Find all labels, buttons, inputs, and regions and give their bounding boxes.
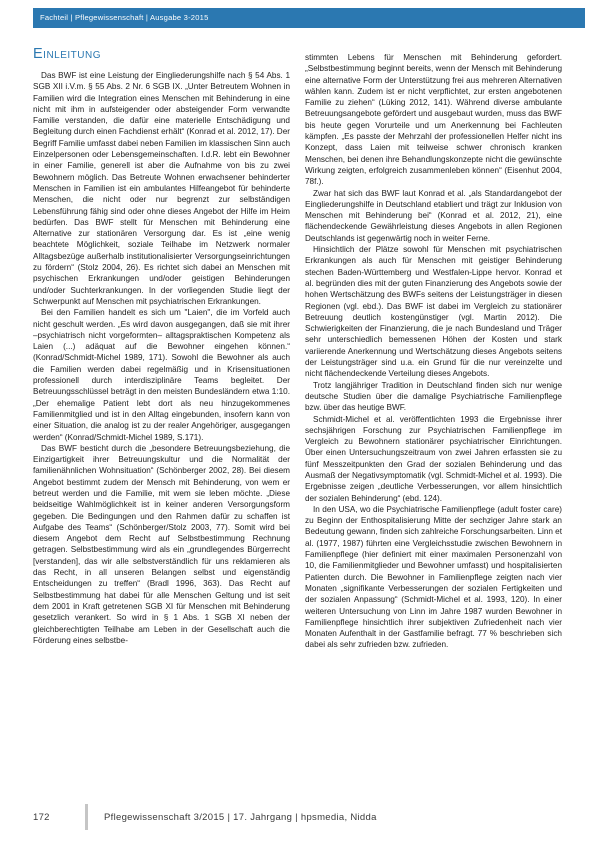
paragraph-self-determination: Das BWF besticht durch die „besondere Be…	[33, 443, 290, 646]
page-number: 172	[33, 812, 85, 823]
article-body: Einleitung Das BWF ist eine Leistung der…	[33, 46, 562, 651]
paragraph-schmidt-michel-study: Schmidt-Michel et al. veröffentlichten 1…	[305, 414, 562, 504]
header-text: Fachteil | Pflegewissenschaft | Ausgabe …	[40, 13, 209, 22]
journal-info: Pflegewissenschaft 3/2015 | 17. Jahrgang…	[104, 812, 377, 823]
paragraph-families: Bei den Familien handelt es sich um "Lai…	[33, 307, 290, 443]
page-footer: 172 Pflegewissenschaft 3/2015 | 17. Jahr…	[33, 804, 562, 830]
paragraph-few-studies: Trotz langjähriger Tradition in Deutschl…	[305, 380, 562, 414]
paragraph-usa-studies: In den USA, wo die Psychiatrische Famili…	[305, 504, 562, 651]
column-left: Einleitung Das BWF ist eine Leistung der…	[33, 46, 290, 651]
paragraph-self-determination-continued: stimmten Lebens für Menschen mit Behinde…	[305, 52, 562, 188]
footer-divider	[85, 804, 88, 830]
journal-page: Fachteil | Pflegewissenschaft | Ausgabe …	[0, 0, 595, 842]
paragraph-regions-funding: Hinsichtlich der Plätze sowohl für Mensc…	[305, 244, 562, 380]
paragraph-intro: Das BWF ist eine Leistung der Einglieder…	[33, 70, 290, 307]
section-title: Einleitung	[33, 46, 290, 62]
paragraph-standard-offer: Zwar hat sich das BWF laut Konrad et al.…	[305, 188, 562, 244]
column-right: stimmten Lebens für Menschen mit Behinde…	[305, 46, 562, 651]
page-header-bar: Fachteil | Pflegewissenschaft | Ausgabe …	[33, 8, 585, 28]
